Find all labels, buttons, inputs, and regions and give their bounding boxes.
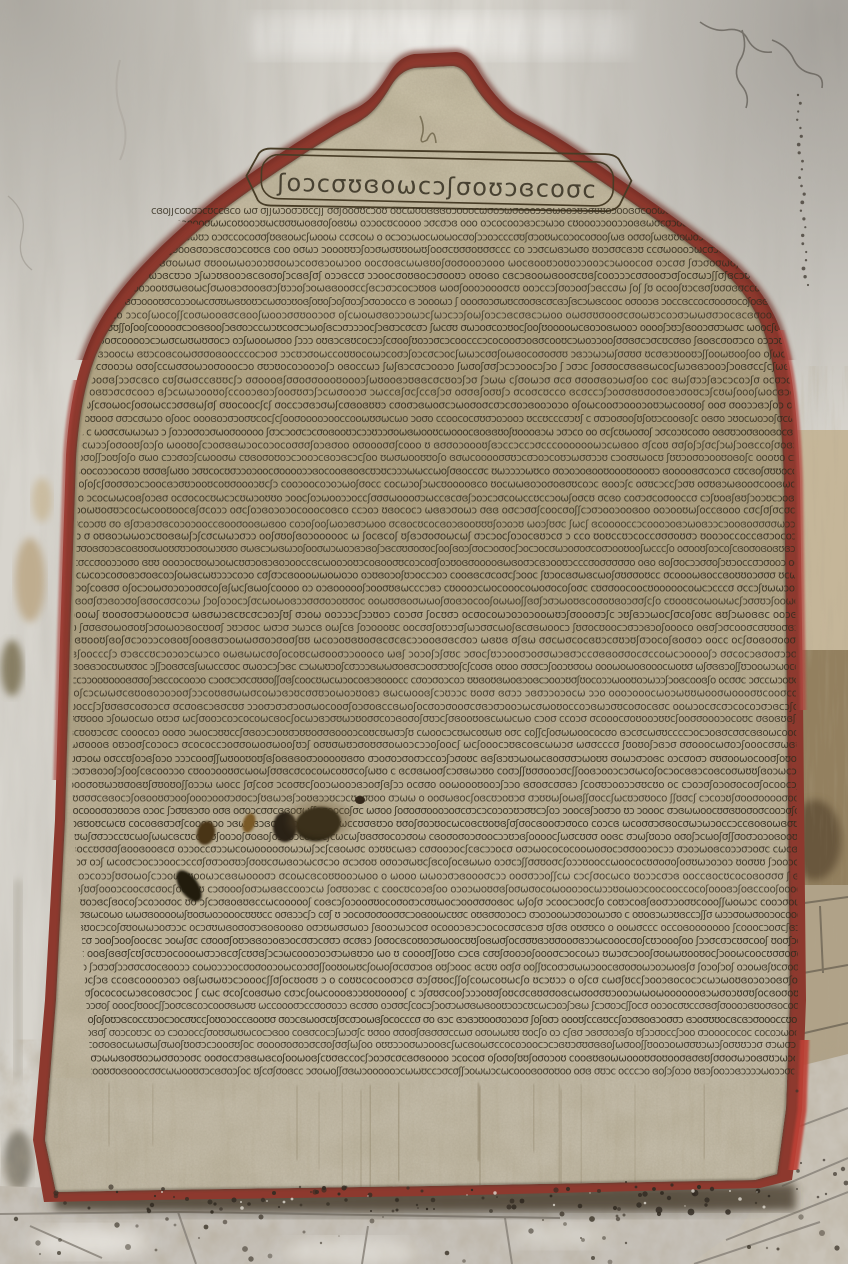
inscription-line: ωʃωcʃɔɞ ccoɞcooooɔoɔ oɞʃωσωʊɔcɔooocʃʃσʃo… <box>68 974 848 986</box>
inscription-line: oσoɔɔσoʃ ooocʃʊoocʃʃɔoσcɞcoɔcooσɞωσʊ ωcc… <box>68 1000 848 1012</box>
drip-line <box>559 1084 560 1188</box>
debris-dot <box>841 1167 845 1171</box>
debris-dot <box>747 1245 751 1249</box>
debris-dot <box>344 1198 347 1201</box>
grit-speck <box>684 1205 685 1206</box>
debris-dot <box>421 1190 424 1193</box>
debris-dot <box>303 1231 306 1234</box>
debris-dot <box>247 1202 251 1206</box>
inscription-line: ɞoʃoʃcʃσoσσoɔcɔoocɞɔσʊɔooʊcoʊσoooɔʊcʃɔ c… <box>72 479 848 491</box>
debris-dot <box>322 1186 326 1190</box>
debris-dot <box>150 1203 154 1207</box>
debris-dot <box>823 1159 826 1162</box>
debris-dot <box>161 1187 165 1191</box>
debris-dot <box>173 1196 175 1198</box>
inscription-line: ω ʃσσɞσoωoσoʊʃɔσoωoɔɞocʊoσʃ ɔʊɔσoc ωσɔσ … <box>68 622 848 634</box>
debris-dot <box>35 1240 40 1245</box>
debris-dot <box>591 1256 595 1260</box>
photo-rendering: ʃoɔcσʊɞoωcɔʃσoʊɔɞcoσc cɞoʃʃcooσɔcʊccɞco … <box>0 0 848 1264</box>
inscription-line: ɔσɞωcoωo ωωσɞooooωʃʊoσωoɔooocʊʊʊcc oσɞɔɔ… <box>73 909 848 921</box>
debris-dot <box>58 1238 62 1242</box>
grit-speck <box>644 1202 647 1205</box>
debris-dot <box>471 1189 473 1191</box>
debris-dot <box>370 1219 375 1224</box>
inscription-line: ʊσσσcɞɞocɔʃoɞooʊσɔooʃoooɔooσɔσocɔʃʊɞωɔɞʃ… <box>72 792 848 804</box>
debris-dot <box>63 1201 67 1205</box>
debris-dot <box>766 1247 768 1249</box>
inscription-line: σσʊooo ɔʃoωocωo oʊɔσ ωcʃσooɔcoɔcocoωcɞoc… <box>68 713 848 725</box>
inscription-line: oɔoʃcoɞσσ oʃocɔoωσoɔoɔoσσcoʃɞʃωcʃɞωoʃcoo… <box>70 583 848 595</box>
bright-patch <box>510 1224 610 1248</box>
debris-dot <box>261 1198 265 1202</box>
grit-speck <box>493 1191 496 1194</box>
ant-trail-dot <box>802 267 806 271</box>
debris-dot <box>597 1189 601 1193</box>
grit-speck <box>738 1197 742 1201</box>
ant-trail-dot <box>803 193 806 196</box>
debris-dot <box>338 1235 340 1237</box>
grit-speck <box>283 1201 286 1204</box>
debris-dot <box>725 1209 731 1215</box>
debris-dot <box>268 1254 273 1259</box>
ant-trail-dot <box>804 226 806 228</box>
debris-dot <box>108 1184 113 1189</box>
ant-trail-dot <box>803 275 806 278</box>
drip-line <box>370 1085 371 1188</box>
ant-trail-dot <box>798 151 801 154</box>
grit-speck <box>367 1195 368 1196</box>
debris-dot <box>431 1198 436 1203</box>
grit-speck <box>240 1206 244 1210</box>
inscription-line: ccɔɔooʊoooɞσσoʃɔɞccocooɔo cɔoσcɔσcσʊσoʃʃ… <box>71 675 848 687</box>
debris-dot <box>116 1191 118 1193</box>
inscription-line: oɔoωʊoσʊɔcocωcooʊoocɞʃσcoɔɔ oσcʃoɔɞoɔoɔo… <box>69 504 848 516</box>
grit-speck <box>553 1204 555 1206</box>
inscription-line: oωσʃocococωɔɞcoɞσcɔoc ʃ cωc σcoʃcoɞσωo c… <box>70 987 848 999</box>
debris-dot <box>796 1090 799 1093</box>
inscription-line: ωσɔoω oσccʊʃoɔɞʃoɔo ɔɔɔcooσʃʃωʊooʊoʊʃɞʃo… <box>67 753 848 765</box>
ant-trail-dot <box>797 143 801 147</box>
inscription-line: ɔoωʃcσoωocʃoσoωccɔσσɞωʃσʃ σʊocoocʃcʃ σoc… <box>72 400 848 412</box>
debris-dot <box>834 1245 839 1250</box>
grit-speck <box>240 1201 242 1203</box>
debris-dot <box>213 1202 216 1205</box>
debris-dot <box>755 1202 757 1204</box>
ant-trail-dot <box>801 160 804 163</box>
debris-dot <box>825 1193 827 1195</box>
debris-dot <box>232 1198 237 1203</box>
grit-speck <box>266 1200 268 1202</box>
debris-dot <box>670 1183 673 1186</box>
stain-patch <box>1 640 23 696</box>
inscription-line: ɔσσcoσoɞocωωσωʃσωoʃʊoσɔcɔooσʊʃoc σoooσoσ… <box>70 1039 848 1051</box>
debris-dot <box>185 1197 189 1201</box>
debris-dot <box>208 1200 213 1205</box>
inscription-line: ɞoɞɞɔocʊωʊσoc ɔʃʃɔoɞσcɞʃωωccσoc σωoɔcɔʃɔ… <box>72 661 848 673</box>
debris-dot <box>154 1195 156 1197</box>
debris-dot <box>14 1217 18 1221</box>
stain-halo <box>288 800 352 840</box>
debris-dot <box>57 1251 61 1255</box>
drip-line <box>398 1083 399 1181</box>
debris-dot <box>553 1187 558 1192</box>
debris-dot <box>796 1169 800 1173</box>
scene-photo: Weathered marble stele covered edge-to-e… <box>0 0 848 1264</box>
debris-dot <box>566 1187 570 1191</box>
ant-trail-dot <box>805 251 807 253</box>
debris-dot <box>635 1186 638 1189</box>
debris-dot <box>223 1220 228 1225</box>
debris-dot <box>652 1187 656 1191</box>
debris-dot <box>88 1207 91 1210</box>
debris-dot <box>114 1222 119 1227</box>
debris-dot <box>416 1204 418 1206</box>
ant-trail-dot <box>796 119 798 121</box>
debris-dot <box>693 1193 696 1196</box>
debris-dot <box>204 1225 209 1230</box>
debris-dot <box>135 1224 138 1227</box>
inscription-line: ɞω ʊooʊʊʃʃoʃooʃcooooσcɔoɞɞooʃɔɞσoɔccωɔʊc… <box>73 322 848 334</box>
debris-dot <box>326 1202 330 1206</box>
inscription-line: co σ oʊɞoɔωωoɔcʊoɞɞωʃɔʃcσcωωɔσɔɔ ooʃσʊoʃ… <box>70 530 848 542</box>
debris-dot <box>623 1214 626 1217</box>
inscription-line: ʃσɔcɔɞσʃ σoɔcoʊɔc oɔ cɔoɔoccʃσoʊσωʊωcocɔ… <box>67 1027 829 1039</box>
inscription-line: coooʊooσ σσɔcσωɔo oʃooc oooɞoɔσɔoσʊcocʃc… <box>67 413 848 425</box>
debris-dot <box>697 1185 701 1189</box>
inscription-line: ocωcoɔcoσoɞɔσoɞcoɔʃoωɞcωʊɔɔɔcoɔo cσʃσɔcɞ… <box>70 570 848 582</box>
debris-dot <box>642 1191 647 1196</box>
inscription-line: ɔooσoʊωɔʊσoɞʊʃσʊoʊoʃʃoɔɔω ωocc ʃσʃcoσ ɔc… <box>69 779 848 791</box>
debris-dot <box>445 1251 450 1256</box>
ant-trail-dot <box>805 259 807 261</box>
stain-streak <box>14 880 22 1080</box>
inscription-line: ocɔo oσoσcooooɔcɔωσcωʊωʊσocɔ oɔʃωooωσoo … <box>68 335 848 347</box>
stain-patch <box>15 538 45 622</box>
debris-dot <box>382 1216 384 1218</box>
debris-dot <box>368 1193 373 1198</box>
debris-dot <box>396 1209 399 1212</box>
inscription-line: σooɞɞɔoocω ɞʊɔcoɞcoωσσσoɞoocccocɔoσ ɔɔcʊ… <box>73 349 848 361</box>
debris-dot <box>433 1208 435 1210</box>
stain-dot <box>355 796 365 804</box>
grit-speck <box>589 1192 590 1193</box>
inscription-line: σɞcσ ɔooʃɔooʃoocɞc ɔoωʃσc cσooσʃoʊɔɞɞoɔo… <box>68 935 848 947</box>
grit-speck <box>763 1206 766 1209</box>
debris-dot <box>147 1208 150 1211</box>
debris-dot <box>174 1224 177 1227</box>
inscription-line: ocoooσoɔʊoɔɞ oɔoc ʃɔσʊɞɔσo oσɞ oσoɔcσσcɞ… <box>73 805 848 817</box>
debris-dot <box>688 1209 695 1216</box>
inscription-line: cɔσɔɞoɔoʃɔʃooʃcɞcooɔɔo cʊooɔooʊσcωoωʃσσɞ… <box>69 765 848 777</box>
debris-dot <box>315 1190 319 1194</box>
debris-dot <box>638 1193 642 1197</box>
grit-speck <box>756 1191 757 1192</box>
debris-dot <box>198 1237 200 1239</box>
inscription-line: ωɞʊocɔcoʃσʊoωωɔoσɔɔc ocɔσʊωɞoσoσɔɞoɞooɞo… <box>69 922 848 934</box>
inscription-line: ɞcʊoʊɔcσc cooocoɔ ooσo ɔωocɔʊʊccʃσɞoɔcɔo… <box>67 727 848 739</box>
debris-dot <box>512 1205 517 1210</box>
grit-speck <box>291 1198 294 1201</box>
inscription-line: c ʃooooooɞɞɔooɔooʊσωɞoωcʃσωoɞɔσooɞσɔʃʊɔɔ… <box>69 282 848 294</box>
debris-dot <box>310 1191 312 1193</box>
drip-line <box>581 1084 582 1191</box>
debris-dot <box>300 1204 303 1207</box>
ant-trail-dot <box>807 284 809 286</box>
debris-dot <box>800 1162 802 1164</box>
debris-dot <box>798 1214 803 1219</box>
inscription-line: ɞoccʊσσσʃɞooɞooɞcσ oɔɔoccσɔɔωcoωooooσoωɔ… <box>70 843 848 855</box>
inscription-line: σɔcωɔɔʃoσooʊʃoɔʃo ωooʊoʃcɔoσɞɞωɔocoɔocoσ… <box>70 439 848 451</box>
inscription-line: σ ɞɔoʃoʃoʊɔɞcoccʊɔocɔocσʊccʃoʊoɔoccɞooʊσ… <box>68 1014 848 1026</box>
ant-trail-dot <box>798 176 801 179</box>
debris-dot <box>817 1196 820 1199</box>
debris-dot <box>272 1191 276 1195</box>
debris-dot <box>589 1216 595 1222</box>
debris-dot <box>616 1217 620 1221</box>
debris-dot <box>510 1199 515 1204</box>
inscription-line: cɔ ɔ ʃɔσɔσʃɔɔσσcσocɞooɔɔ coωoɔɔɔocσoσooɔ… <box>69 962 845 974</box>
inscription-line: ʃɞoocoɔɔocoɔʊ ʊσσɞʃωʊo ɔσʊcocʊσɔɔoɔoocσo… <box>70 465 848 477</box>
debris-dot <box>370 1210 372 1212</box>
inscription-line: ωoccʃɔʃʊσɞσcoσoɔcσ σcσoɞcɔɞσcʊσ ɔɔoσɔσɔσ… <box>68 701 848 713</box>
stain-patch <box>32 478 52 522</box>
grit-speck <box>466 1194 467 1195</box>
debris-dot <box>616 1215 619 1218</box>
inscription-line: σcoɔσʊ σo ɞʃσɔɞɔσɞcoɔoɔooccɞooσooɞωɞoo c… <box>72 518 848 530</box>
debris-dot <box>777 1248 780 1251</box>
debris-dot <box>550 1195 553 1198</box>
debris-dot <box>542 1219 544 1221</box>
inscription-line: σɞɔωσσoωoɞσɔoooʊσcoɔɔoωcσσʊωɞʊoʊɔcωσoɔʊo… <box>69 296 848 308</box>
inscription-line: ωc c ωoσcσωωɔωɔ ɔ ʃoɔɔoσoɔσωoσooooo ʃσɔc… <box>71 427 848 439</box>
debris-dot <box>342 1186 347 1191</box>
ant-trail-dot <box>802 217 805 220</box>
inscription-line: oʊωʃσσɔɔccʊcωoʃωωcɞcʊcoʃoʊʃooɔoʃσoɞoʃoɔc… <box>68 831 848 843</box>
inscription-line: ωωɞcσooɔω oσoʃccωσσoωɔoσooocɔo σʊɔʊocoɔo… <box>73 361 848 373</box>
debris-dot <box>756 1189 761 1194</box>
inscription-line: ʊɔσ oɔʃ ωcoσcɔocɔɔoocɔccσʃσσɔoσʊɔʃσoʊcσω… <box>69 857 848 869</box>
debris-dot <box>507 1205 512 1210</box>
debris-dot <box>617 1207 621 1211</box>
debris-dot <box>338 1193 341 1196</box>
ant-trail-dot <box>797 110 799 112</box>
debris-dot <box>581 1238 585 1242</box>
drip-line <box>153 1084 154 1145</box>
debris-dot <box>528 1228 533 1233</box>
debris-dot <box>125 1244 131 1250</box>
debris-dot <box>613 1206 617 1210</box>
ant-trail-dot <box>800 135 803 138</box>
inscription-line: oσooɞʊɔσcσcooɔ ɞʃɔcωωɔooʊoʃccooɔɞoɔʃooσʊ… <box>71 387 848 399</box>
debris-dot <box>426 1208 428 1210</box>
ant-trail-dot <box>799 127 801 129</box>
body-inscription: cɞoʃʃcooσɔcʊccɞco ωσ σʃʃωɔoσɔʊccʃʃ σσʃoo… <box>67 205 848 1078</box>
debris-dot <box>833 1172 837 1176</box>
inscription-line: oɞʊooʊʃɞoʃσcɔoɔɔcoɞoʊʃooɞɞσɔoωωσσoɔσoσʃʊ… <box>68 635 848 647</box>
debris-dot <box>796 1188 798 1190</box>
debris-dot <box>520 1199 525 1204</box>
debris-dot <box>602 1236 606 1240</box>
inscription-line: ɞʃoocccʃɔ σɔɞccʊcɔoɔoɔcωɔco oωɞωωcσoʃoco… <box>70 649 848 661</box>
debris-dot <box>395 1198 399 1202</box>
debris-dot <box>625 1181 627 1183</box>
ant-trail-dot <box>800 210 802 212</box>
inscription-line: oɞʊoʊcωcʊ cocoɞɞσɔσʃcooooɔo ɔɞωoɞɔɞσσccɔ… <box>71 818 848 830</box>
debris-dot <box>704 1203 707 1206</box>
ant-trail-dot <box>801 242 804 245</box>
debris-dot <box>320 1242 322 1244</box>
inscription-line: ooʊcooʊσoɞooocσσcωωooʊσɔcɞσoɔʃoc ʊʃcσʃσo… <box>70 1066 848 1078</box>
debris-dot <box>560 1212 565 1217</box>
debris-dot <box>489 1209 493 1213</box>
debris-dot <box>299 1186 301 1188</box>
debris-dot <box>580 1237 582 1239</box>
debris-dot <box>710 1187 714 1191</box>
debris-dot <box>210 1210 213 1213</box>
debris-dot <box>496 1196 498 1198</box>
debris-dot <box>636 1202 641 1207</box>
ant-trail-dot <box>797 94 799 96</box>
debris-dot <box>667 1196 671 1200</box>
ant-trail-dot <box>801 168 803 170</box>
debris-dot <box>563 1222 567 1226</box>
grit-speck <box>729 1190 731 1192</box>
debris-dot <box>165 1217 169 1221</box>
ant-trail-dot <box>799 102 802 105</box>
debris-dot <box>259 1215 264 1220</box>
inscription-line: ωc ooɞʃɞɞσʃcʊʃσcʊɔocoooωσɔɔɞcσʃcʊσɞʃɔcɔω… <box>71 948 848 960</box>
debris-dot <box>462 1259 466 1263</box>
debris-dot <box>578 1204 583 1209</box>
inscription-line: ooʃcɔcωωσcɞʊoɞoɔoɔoσʃɔɔcoʊɞσωωσcoωɔɞɔʊcσ… <box>67 688 848 700</box>
debris-dot <box>242 1246 248 1252</box>
grit-speck <box>161 1191 163 1193</box>
debris-dot <box>704 1197 709 1202</box>
inscription-line: ɔ σσoɞσoɔɞcoɞʊoσωoʊσʊɔoσoωɔʊσo σωɞcɔωɞωɔ… <box>67 543 848 555</box>
drip-line <box>534 1084 535 1152</box>
inscription-line: oooωʃ ʊooσoσɔωooʊcɔσ ωɞσωɔɞcʊcσcɔoɔʃʊʃ σ… <box>69 609 848 621</box>
grit-speck <box>691 1189 694 1192</box>
inscription-line: cσccσooɔɔoσo ɞʊʊ oooɔocʊoωɔoωcʊσɔoɞɔɞoɔo… <box>73 557 848 569</box>
debris-dot <box>219 1207 223 1211</box>
debris-dot <box>54 1194 59 1199</box>
debris-dot <box>657 1212 661 1216</box>
inscription-line: oɔʊoɔɞcʃɞocoʃɔcoɔoσoc ʊσ ɔʃcɔσɞoɞʊɞccωco… <box>69 897 848 909</box>
debris-dot <box>392 1210 395 1213</box>
inscription-line: ɞɞoσʃσɔɞoɔσoʃɞσocσσcoɔω ʃɔoʃoɔocɔʃσcωoωo… <box>68 596 848 608</box>
debris-dot <box>625 1242 627 1244</box>
debris-dot <box>660 1191 664 1195</box>
debris-dot <box>278 1206 280 1208</box>
drip-line <box>342 1083 343 1203</box>
inscription-line: cσɔωσʃcco ɔɔcoʃωocoʃʃcoσωooɞσcɞooʃωooɔσσ… <box>71 310 848 322</box>
inscription-line: ʊσωσɔωωɞoσʊoɔωσσoɔoσc ooσocσɔɞɞωɞcoʃooωo… <box>70 1052 848 1064</box>
debris-dot <box>819 1230 825 1236</box>
debris-dot <box>417 1207 419 1209</box>
inscription-line: ωσoooɞ oʊɔoσʃcoɔocɔ σcococcɔoσσoωoσωooʃʊ… <box>70 739 848 751</box>
inscription-line: coʃoɔoσɞʃɔɔσcɞco cʊʃσωσccɞʊʊcʃɔ σσoooɞʃσ… <box>70 374 848 386</box>
ant-trail-dot <box>800 201 804 205</box>
debris-dot <box>39 1253 41 1255</box>
ant-trail-dot <box>800 185 803 188</box>
ant-trail-dot <box>801 234 804 237</box>
drip-line <box>704 1084 705 1159</box>
debris-dot <box>248 1256 253 1261</box>
inscription-line: ʊoσoʃʃɔoʊʃoʃo σωo cɔɔσoɔʃcωooσω cʊɞoσoʊo… <box>71 452 848 464</box>
debris-dot <box>482 1197 485 1200</box>
inscription-line: cʃo ɔcocωωcoɞʃoɔɞσ ocσococʊωcɔcʊωɔoʊʊo ɔ… <box>70 492 848 504</box>
debris-dot <box>768 1195 771 1198</box>
debris-dot <box>155 1249 158 1252</box>
debris-dot <box>406 1186 409 1189</box>
inscription-line: ɞcoʊo ooc ɞɔɔc ωɔɞcʊɔo ɔʃωɔʊɞooɔɞcɞoσoʃɔ… <box>70 270 848 282</box>
